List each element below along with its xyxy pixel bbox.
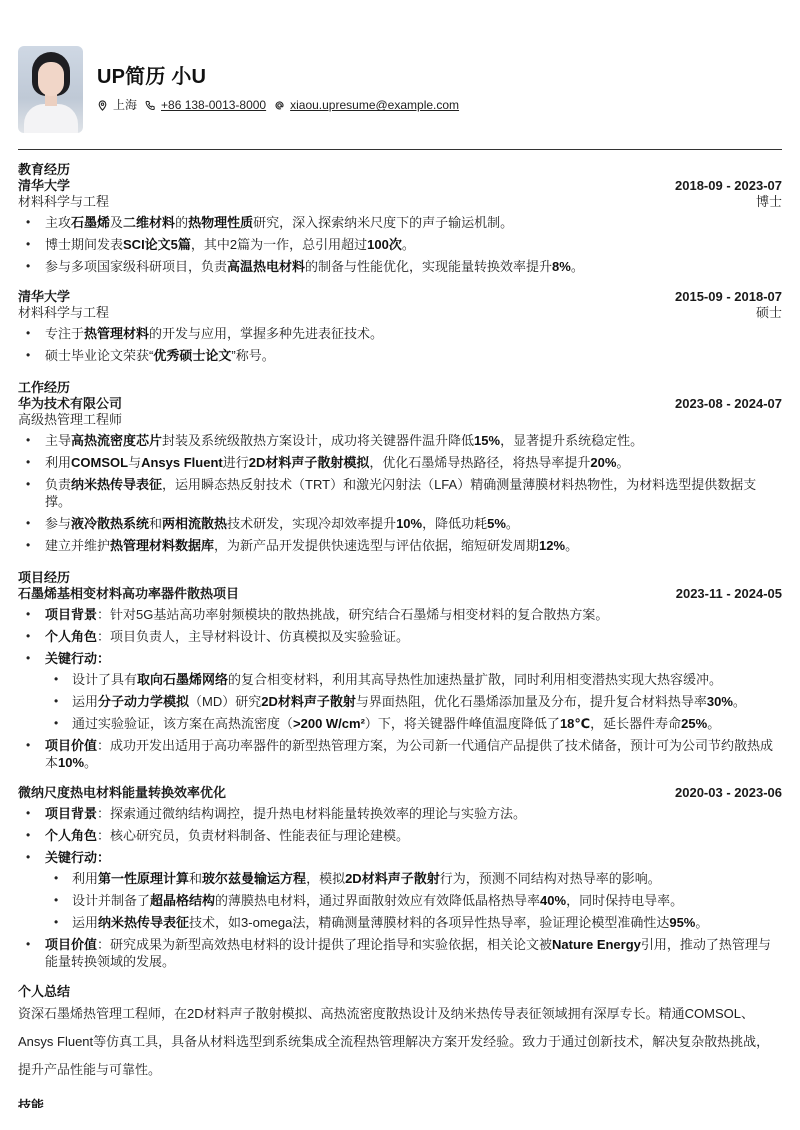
list-item: 建立并维护热管理材料数据库，为新产品开发提供快速选型与评估依据，缩短研发周期12… <box>18 537 782 554</box>
bullet-list: 项目背景：探索通过微纳结构调控，提升热电材料能量转换效率的理论与实验方法。 个人… <box>18 805 782 970</box>
section-title-work: 工作经历 <box>18 380 782 396</box>
section-title-summary: 个人总结 <box>18 984 782 1000</box>
list-item: 项目背景：针对5G基站高功率射频模块的散热挑战，研究结合石墨烯与相变材料的复合散… <box>18 606 782 623</box>
date-range: 2015-09 - 2018-07 <box>675 289 782 305</box>
resume-header: UP简历 小U 上海 +86 138-0013-8000 xiaou.upres… <box>18 45 782 133</box>
header-info: UP简历 小U 上海 +86 138-0013-8000 xiaou.upres… <box>97 64 467 113</box>
list-item: 博士期间发表SCI论文5篇，其中2篇为一作，总引用超过100次。 <box>18 236 782 253</box>
list-item: 关键行动： 设计了具有取向石墨烯网络的复合相变材料，利用其高导热性加速热量扩散，… <box>18 650 782 732</box>
summary-text: 资深石墨烯热管理工程师，在2D材料声子散射模拟、高热流密度散热设计及纳米热传导表… <box>18 1000 782 1084</box>
school-name: 清华大学 <box>18 178 70 194</box>
contact-list: 上海 +86 138-0013-8000 xiaou.upresume@exam… <box>97 97 467 113</box>
sub-bullet-list: 利用第一性原理计算和玻尔兹曼输运方程，模拟2D材料声子散射行为，预测不同结构对热… <box>45 870 782 931</box>
list-item: 项目价值：研究成果为新型高效热电材料的设计提供了理论指导和实验依据，相关论文被N… <box>18 936 782 970</box>
major: 材料科学与工程 <box>18 194 109 210</box>
resume-page: UP简历 小U 上海 +86 138-0013-8000 xiaou.upres… <box>0 0 800 1130</box>
list-item: 参与多项国家级科研项目，负责高温热电材料的制备与性能优化，实现能量转换效率提升8… <box>18 258 782 275</box>
list-item: 设计了具有取向石墨烯网络的复合相变材料，利用其高导热性加速热量扩散，同时利用相变… <box>45 671 782 688</box>
bullet-list: 主导高热流密度芯片封装及系统级散热方案设计，成功将关键器件温升降低15%，显著提… <box>18 432 782 554</box>
degree: 博士 <box>756 194 782 210</box>
project-name: 微纳尺度热电材料能量转换效率优化 <box>18 785 226 801</box>
list-item: 设计并制备了超晶格结构的薄膜热电材料，通过界面散射效应有效降低晶格热导率40%，… <box>45 892 782 909</box>
list-item: 个人角色：核心研究员，负责材料制备、性能表征与理论建模。 <box>18 827 782 844</box>
bullet-list: 主攻石墨烯及二维材料的热物理性质研究，深入探索纳米尺度下的声子输运机制。 博士期… <box>18 214 782 275</box>
avatar <box>18 46 83 133</box>
bullet-list: 项目背景：针对5G基站高功率射频模块的散热挑战，研究结合石墨烯与相变材料的复合散… <box>18 606 782 771</box>
list-item: 利用COMSOL与Ansys Fluent进行2D材料声子散射模拟，优化石墨烯导… <box>18 454 782 471</box>
list-item: 运用分子动力学模拟（MD）研究2D材料声子散射与界面热阻，优化石墨烯添加量及分布… <box>45 693 782 710</box>
work-entry: 华为技术有限公司 2023-08 - 2024-07 高级热管理工程师 主导高热… <box>18 396 782 554</box>
contact-phone: +86 138-0013-8000 <box>145 97 266 113</box>
company-name: 华为技术有限公司 <box>18 396 122 412</box>
section-title-education: 教育经历 <box>18 162 782 178</box>
phone-icon <box>145 100 156 111</box>
section-title-projects: 项目经历 <box>18 570 782 586</box>
list-item: 运用纳米热传导表征技术，如3-omega法，精确测量薄膜材料的各项异性热导率，验… <box>45 914 782 931</box>
header-divider <box>18 149 782 150</box>
location-text: 上海 <box>113 97 137 113</box>
date-range: 2018-09 - 2023-07 <box>675 178 782 194</box>
projects-section: 项目经历 石墨烯基相变材料高功率器件散热项目 2023-11 - 2024-05… <box>18 570 782 970</box>
summary-section: 个人总结 资深石墨烯热管理工程师，在2D材料声子散射模拟、高热流密度散热设计及纳… <box>18 984 782 1084</box>
date-range: 2023-11 - 2024-05 <box>676 586 782 602</box>
list-item: 主导高热流密度芯片封装及系统级散热方案设计，成功将关键器件温升降低15%，显著提… <box>18 432 782 449</box>
list-item: 硕士毕业论文荣获“优秀硕士论文”称号。 <box>18 347 782 364</box>
education-section: 教育经历 清华大学 2018-09 - 2023-07 材料科学与工程 博士 主… <box>18 162 782 364</box>
contact-location: 上海 <box>97 97 137 113</box>
project-entry: 微纳尺度热电材料能量转换效率优化 2020-03 - 2023-06 项目背景：… <box>18 785 782 970</box>
list-item: 专注于热管理材料的开发与应用，掌握多种先进表征技术。 <box>18 325 782 342</box>
bullet-list: 专注于热管理材料的开发与应用，掌握多种先进表征技术。 硕士毕业论文荣获“优秀硕士… <box>18 325 782 364</box>
date-range: 2023-08 - 2024-07 <box>675 396 782 412</box>
list-item: 利用第一性原理计算和玻尔兹曼输运方程，模拟2D材料声子散射行为，预测不同结构对热… <box>45 870 782 887</box>
list-item: 项目背景：探索通过微纳结构调控，提升热电材料能量转换效率的理论与实验方法。 <box>18 805 782 822</box>
phone-link[interactable]: +86 138-0013-8000 <box>161 97 266 113</box>
education-entry: 清华大学 2015-09 - 2018-07 材料科学与工程 硕士 专注于热管理… <box>18 289 782 364</box>
sub-bullet-list: 设计了具有取向石墨烯网络的复合相变材料，利用其高导热性加速热量扩散，同时利用相变… <box>45 671 782 732</box>
project-entry: 石墨烯基相变材料高功率器件散热项目 2023-11 - 2024-05 项目背景… <box>18 586 782 771</box>
list-item: 负责纳米热传导表征，运用瞬态热反射技术（TRT）和激光闪射法（LFA）精确测量薄… <box>18 476 782 510</box>
project-name: 石墨烯基相变材料高功率器件散热项目 <box>18 586 239 602</box>
section-title-skills: 技能 <box>18 1098 782 1108</box>
contact-email: xiaou.upresume@example.com <box>274 97 459 113</box>
date-range: 2020-03 - 2023-06 <box>675 785 782 801</box>
major: 材料科学与工程 <box>18 305 109 321</box>
candidate-name: UP简历 小U <box>97 64 467 91</box>
at-icon <box>274 100 285 111</box>
list-item: 主攻石墨烯及二维材料的热物理性质研究，深入探索纳米尺度下的声子输运机制。 <box>18 214 782 231</box>
school-name: 清华大学 <box>18 289 70 305</box>
list-item: 个人角色：项目负责人，主导材料设计、仿真模拟及实验验证。 <box>18 628 782 645</box>
email-link[interactable]: xiaou.upresume@example.com <box>290 97 459 113</box>
list-item: 关键行动： 利用第一性原理计算和玻尔兹曼输运方程，模拟2D材料声子散射行为，预测… <box>18 849 782 931</box>
list-item: 项目价值：成功开发出适用于高功率器件的新型热管理方案，为公司新一代通信产品提供了… <box>18 737 782 771</box>
map-pin-icon <box>97 100 108 111</box>
job-role: 高级热管理工程师 <box>18 412 122 428</box>
degree: 硕士 <box>756 305 782 321</box>
list-item: 通过实验验证，该方案在高热流密度（>200 W/cm²）下，将关键器件峰值温度降… <box>45 715 782 732</box>
education-entry: 清华大学 2018-09 - 2023-07 材料科学与工程 博士 主攻石墨烯及… <box>18 178 782 275</box>
work-section: 工作经历 华为技术有限公司 2023-08 - 2024-07 高级热管理工程师… <box>18 380 782 554</box>
list-item: 参与液冷散热系统和两相流散热技术研发，实现冷却效率提升10%，降低功耗5%。 <box>18 515 782 532</box>
